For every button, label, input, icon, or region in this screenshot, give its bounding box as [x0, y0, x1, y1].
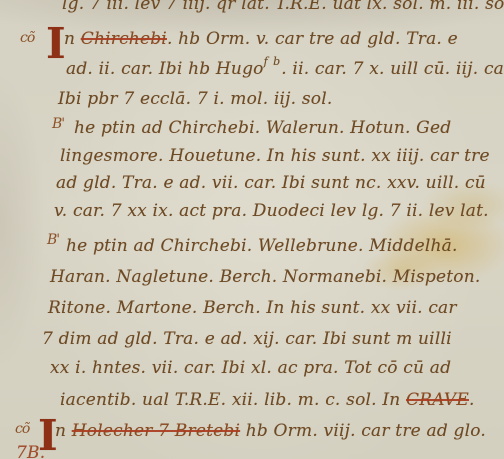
text-line: v. car. 7 xx ix. act pra. Duodeci lev lg… — [54, 199, 489, 223]
manuscript-photo: lg. 7 iii. lev 7 iiij. qr lat. T.R.E. ua… — [0, 0, 504, 459]
line-segment: he ptin ad Chirchebi. Wellebrune. Middel… — [66, 236, 458, 256]
rubricated-place-name: CRAVE — [406, 390, 469, 410]
line-segment: v. car. 7 xx ix. act pra. Duodeci lev lg… — [54, 201, 489, 221]
text-line: iacentib. ual T.R.E. xii. lib. m. c. sol… — [60, 388, 475, 412]
text-line: xx i. hntes. vii. car. Ibi xl. ac pra. T… — [50, 356, 451, 380]
text-line: Ibi pbr 7 ecclā. 7 i. mol. iij. sol. — [58, 87, 332, 111]
initial-capital: I — [46, 24, 66, 64]
text-line: lg. 7 iii. lev 7 iiij. qr lat. T.R.E. ua… — [62, 0, 504, 16]
text-line: n Holecher 7 Bretebi hb Orm. viij. car t… — [55, 419, 486, 443]
line-segment: Ritone. Martone. Berch. In his sunt. xx … — [48, 298, 457, 318]
line-segment: Hugo — [216, 59, 264, 79]
line-segment: . hb Orm. v. car tre ad gld. Tra. e — [167, 29, 458, 49]
text-line: Ritone. Martone. Berch. In his sunt. xx … — [48, 296, 457, 320]
text-line: ad gld. Tra. e ad. vii. car. Ibi sunt nc… — [56, 171, 486, 195]
line-segment: hb Orm. viij. car tre ad glo. — [240, 421, 486, 441]
line-segment: n — [55, 421, 72, 441]
line-segment: ad. ii. car. Ibi hb — [66, 59, 216, 79]
text-line: he ptin ad Chirchebi. Wellebrune. Middel… — [66, 234, 458, 258]
line-segment: iacentib. ual T.R.E. xii. lib. m. c. sol… — [60, 390, 406, 410]
text-line: 7 dim ad gld. Tra. e ad. xij. car. Ibi s… — [42, 327, 452, 351]
text-line: he ptin ad Chirchebi. Walerun. Hotun. Ge… — [74, 116, 451, 140]
interlinear-correction: f b — [264, 55, 282, 68]
rubricated-place-name: Chirchebi — [81, 29, 167, 49]
line-segment: lingesmore. Houetune. In his sunt. xx ii… — [60, 146, 490, 166]
line-segment: ad gld. Tra. e ad. vii. car. Ibi sunt nc… — [56, 173, 486, 193]
line-segment: he ptin ad Chirchebi. Walerun. Hotun. Ge… — [74, 118, 451, 138]
text-line: ad. ii. car. Ibi hb Hugof b. ii. car. 7 … — [66, 57, 504, 83]
line-segment: . — [469, 390, 475, 410]
line-segment: 7 dim ad gld. Tra. e ad. xij. car. Ibi s… — [42, 329, 452, 349]
line-segment: Haran. Nagletune. Berch. Normanebi. Misp… — [50, 267, 480, 287]
margin-mark: B' — [47, 232, 59, 248]
margin-mark: cõ — [20, 30, 34, 46]
rubricated-place-name: Holecher 7 Bretebi — [72, 421, 240, 441]
text-line: n Chirchebi. hb Orm. v. car tre ad gld. … — [64, 27, 458, 51]
line-segment: xx i. hntes. vii. car. Ibi xl. ac pra. T… — [50, 358, 451, 378]
line-segment: 7B. — [16, 443, 45, 459]
line-segment: . ii. car. 7 x. uill cū. iij. car. — [281, 59, 504, 79]
line-segment: Ibi pbr 7 ecclā. 7 i. mol. iij. sol. — [58, 89, 332, 109]
text-line: 7B. — [16, 441, 45, 459]
manuscript-page: lg. 7 iii. lev 7 iiij. qr lat. T.R.E. ua… — [0, 0, 504, 459]
margin-mark: B' — [52, 116, 64, 132]
text-line: lingesmore. Houetune. In his sunt. xx ii… — [60, 144, 490, 168]
text-line: Haran. Nagletune. Berch. Normanebi. Misp… — [50, 265, 480, 289]
margin-mark: cõ — [15, 421, 29, 437]
line-segment: n — [64, 29, 81, 49]
line-segment: lg. 7 iii. lev 7 iiij. qr lat. T.R.E. ua… — [62, 0, 504, 14]
